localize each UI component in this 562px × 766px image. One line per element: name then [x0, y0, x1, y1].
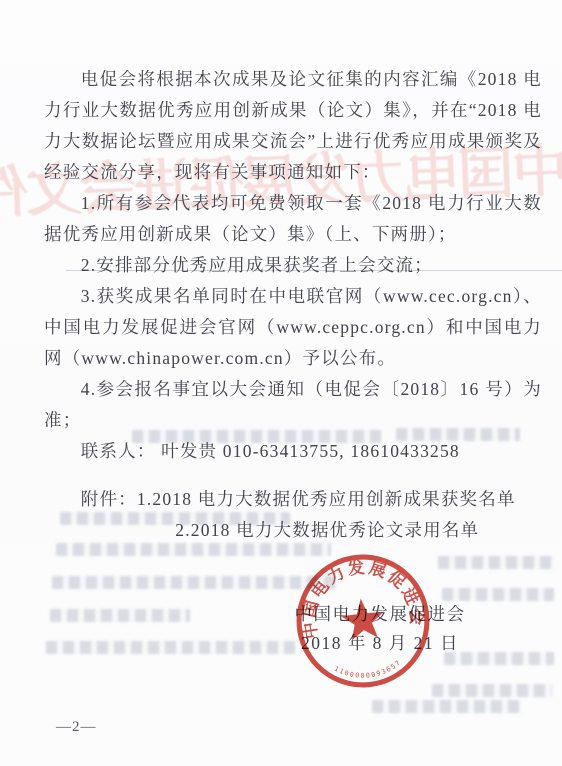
page-number: —2—: [56, 719, 97, 736]
svg-text:1100000093657: 1100000093657: [332, 658, 404, 684]
bleed-smudge: [52, 576, 337, 589]
signature-block: 中国电力发展促进会 2018 年 8 月 21 日: [280, 600, 480, 658]
notice-item-2: 2.安排部分优秀应用成果获奖者上会交流；: [44, 250, 542, 281]
bleed-smudge: [372, 700, 522, 713]
signature-organization: 中国电力发展促进会: [280, 600, 480, 629]
scanned-document-page: 中国电力发展促进会文件 电促会将根据本次成果及论文征集的内容汇编《2018 电力…: [0, 0, 562, 766]
attachment-line-1: 附件：1.2018 电力大数据优秀应用创新成果获奖名单: [44, 484, 542, 515]
bleed-smudge: [46, 641, 296, 654]
document-body: 电促会将根据本次成果及论文征集的内容汇编《2018 电力行业大数据优秀应用创新成…: [44, 64, 542, 546]
contact-line: 联系人： 叶发贵 010-63413755, 18610433258: [44, 436, 542, 467]
notice-item-4: 4.参会报名事宜以大会通知（电促会〔2018〕16 号）为准；: [44, 374, 542, 436]
signature-date: 2018 年 8 月 21 日: [280, 629, 480, 658]
intro-paragraph: 电促会将根据本次成果及论文征集的内容汇编《2018 电力行业大数据优秀应用创新成…: [44, 64, 542, 188]
attachment-line-2: 2.2018 电力大数据优秀论文录用名单: [44, 515, 542, 546]
notice-item-1: 1.所有参会代表均可免费领取一套《2018 电力行业大数据优秀应用创新成果（论文…: [44, 188, 542, 250]
notice-item-3: 3.获奖成果名单同时在中电联官网（www.cec.org.cn）、中国电力发展促…: [44, 281, 542, 374]
bleed-smudge: [438, 556, 554, 569]
bleed-smudge: [432, 684, 552, 697]
seal-serial-number: 1100000093657: [332, 658, 404, 684]
attachments-block: 附件：1.2018 电力大数据优秀应用创新成果获奖名单 2.2018 电力大数据…: [44, 484, 542, 546]
bleed-smudge: [50, 609, 190, 622]
